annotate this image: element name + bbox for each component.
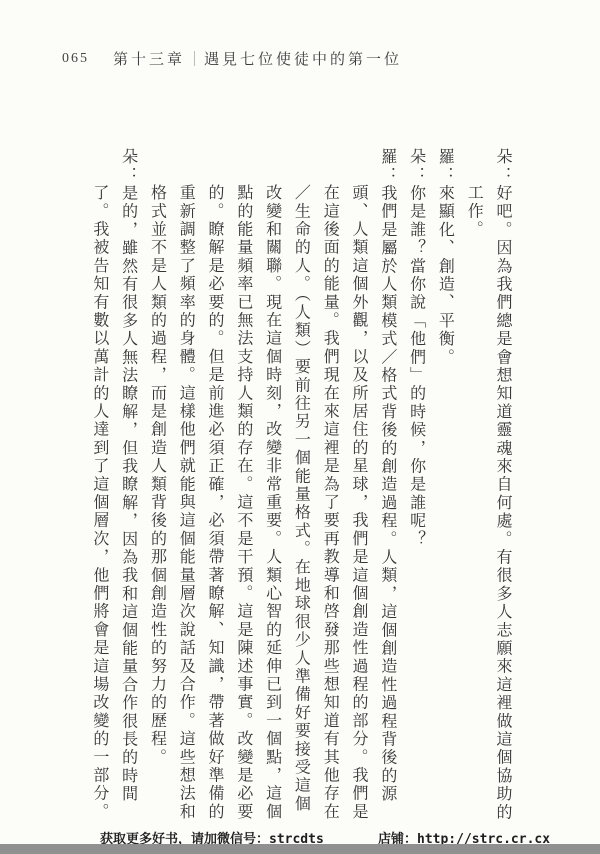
dialogue-text: 朵：好吧。因為我們總是會想知道靈魂來自何處。有很多人志願來這裡做這個協助的工作。…	[84, 148, 516, 824]
scan-edge-bar	[0, 844, 600, 854]
paragraph-text: 是的，雖然有很多人無法瞭解，但我瞭解，因為我和這個能量合作很長的時間了。我被告知…	[91, 184, 137, 821]
chapter-title: 遇見七位使徒中的第一位	[204, 48, 402, 69]
speaker-label: 羅：	[379, 148, 396, 184]
dialogue-paragraph: 羅：來顯化、創造、平衡。	[430, 148, 459, 824]
dialogue-paragraph: 朵：你是誰？當你說「他們」的時候，你是誰呢？	[401, 148, 430, 824]
speaker-label: 羅：	[436, 148, 453, 184]
dialogue-paragraph: 朵：是的，雖然有很多人無法瞭解，但我瞭解，因為我和這個能量合作很長的時間了。我被…	[84, 148, 142, 824]
speaker-label: 朵：	[120, 148, 137, 184]
paragraph-text: 你是誰？當你說「他們」的時候，你是誰呢？	[408, 184, 425, 548]
paragraph-text: 我們是屬於人類模式／格式背後的創造過程。人類，這個創造性過程背後的源頭、人類這個…	[148, 184, 395, 821]
chapter-label: 第十三章	[113, 48, 185, 69]
page-number: 065	[62, 51, 89, 67]
dialogue-paragraph: 朵：好吧。因為我們總是會想知道靈魂來自何處。有很多人志願來這裡做這個協助的工作。	[458, 148, 516, 824]
speaker-label: 朵：	[494, 148, 511, 184]
paragraph-text: 來顯化、創造、平衡。	[436, 184, 453, 366]
book-page: 065 第十三章 ｜ 遇見七位使徒中的第一位 朵：好吧。因為我們總是會想知道靈魂…	[0, 0, 600, 854]
chapter-divider: ｜	[190, 48, 199, 69]
speaker-label: 朵：	[408, 148, 425, 184]
dialogue-paragraph: 羅：我們是屬於人類模式／格式背後的創造過程。人類，這個創造性過程背後的源頭、人類…	[142, 148, 401, 824]
page-header: 065 第十三章 ｜ 遇見七位使徒中的第一位	[62, 48, 402, 69]
paragraph-text: 好吧。因為我們總是會想知道靈魂來自何處。有很多人志願來這裡做這個協助的工作。	[465, 184, 511, 821]
